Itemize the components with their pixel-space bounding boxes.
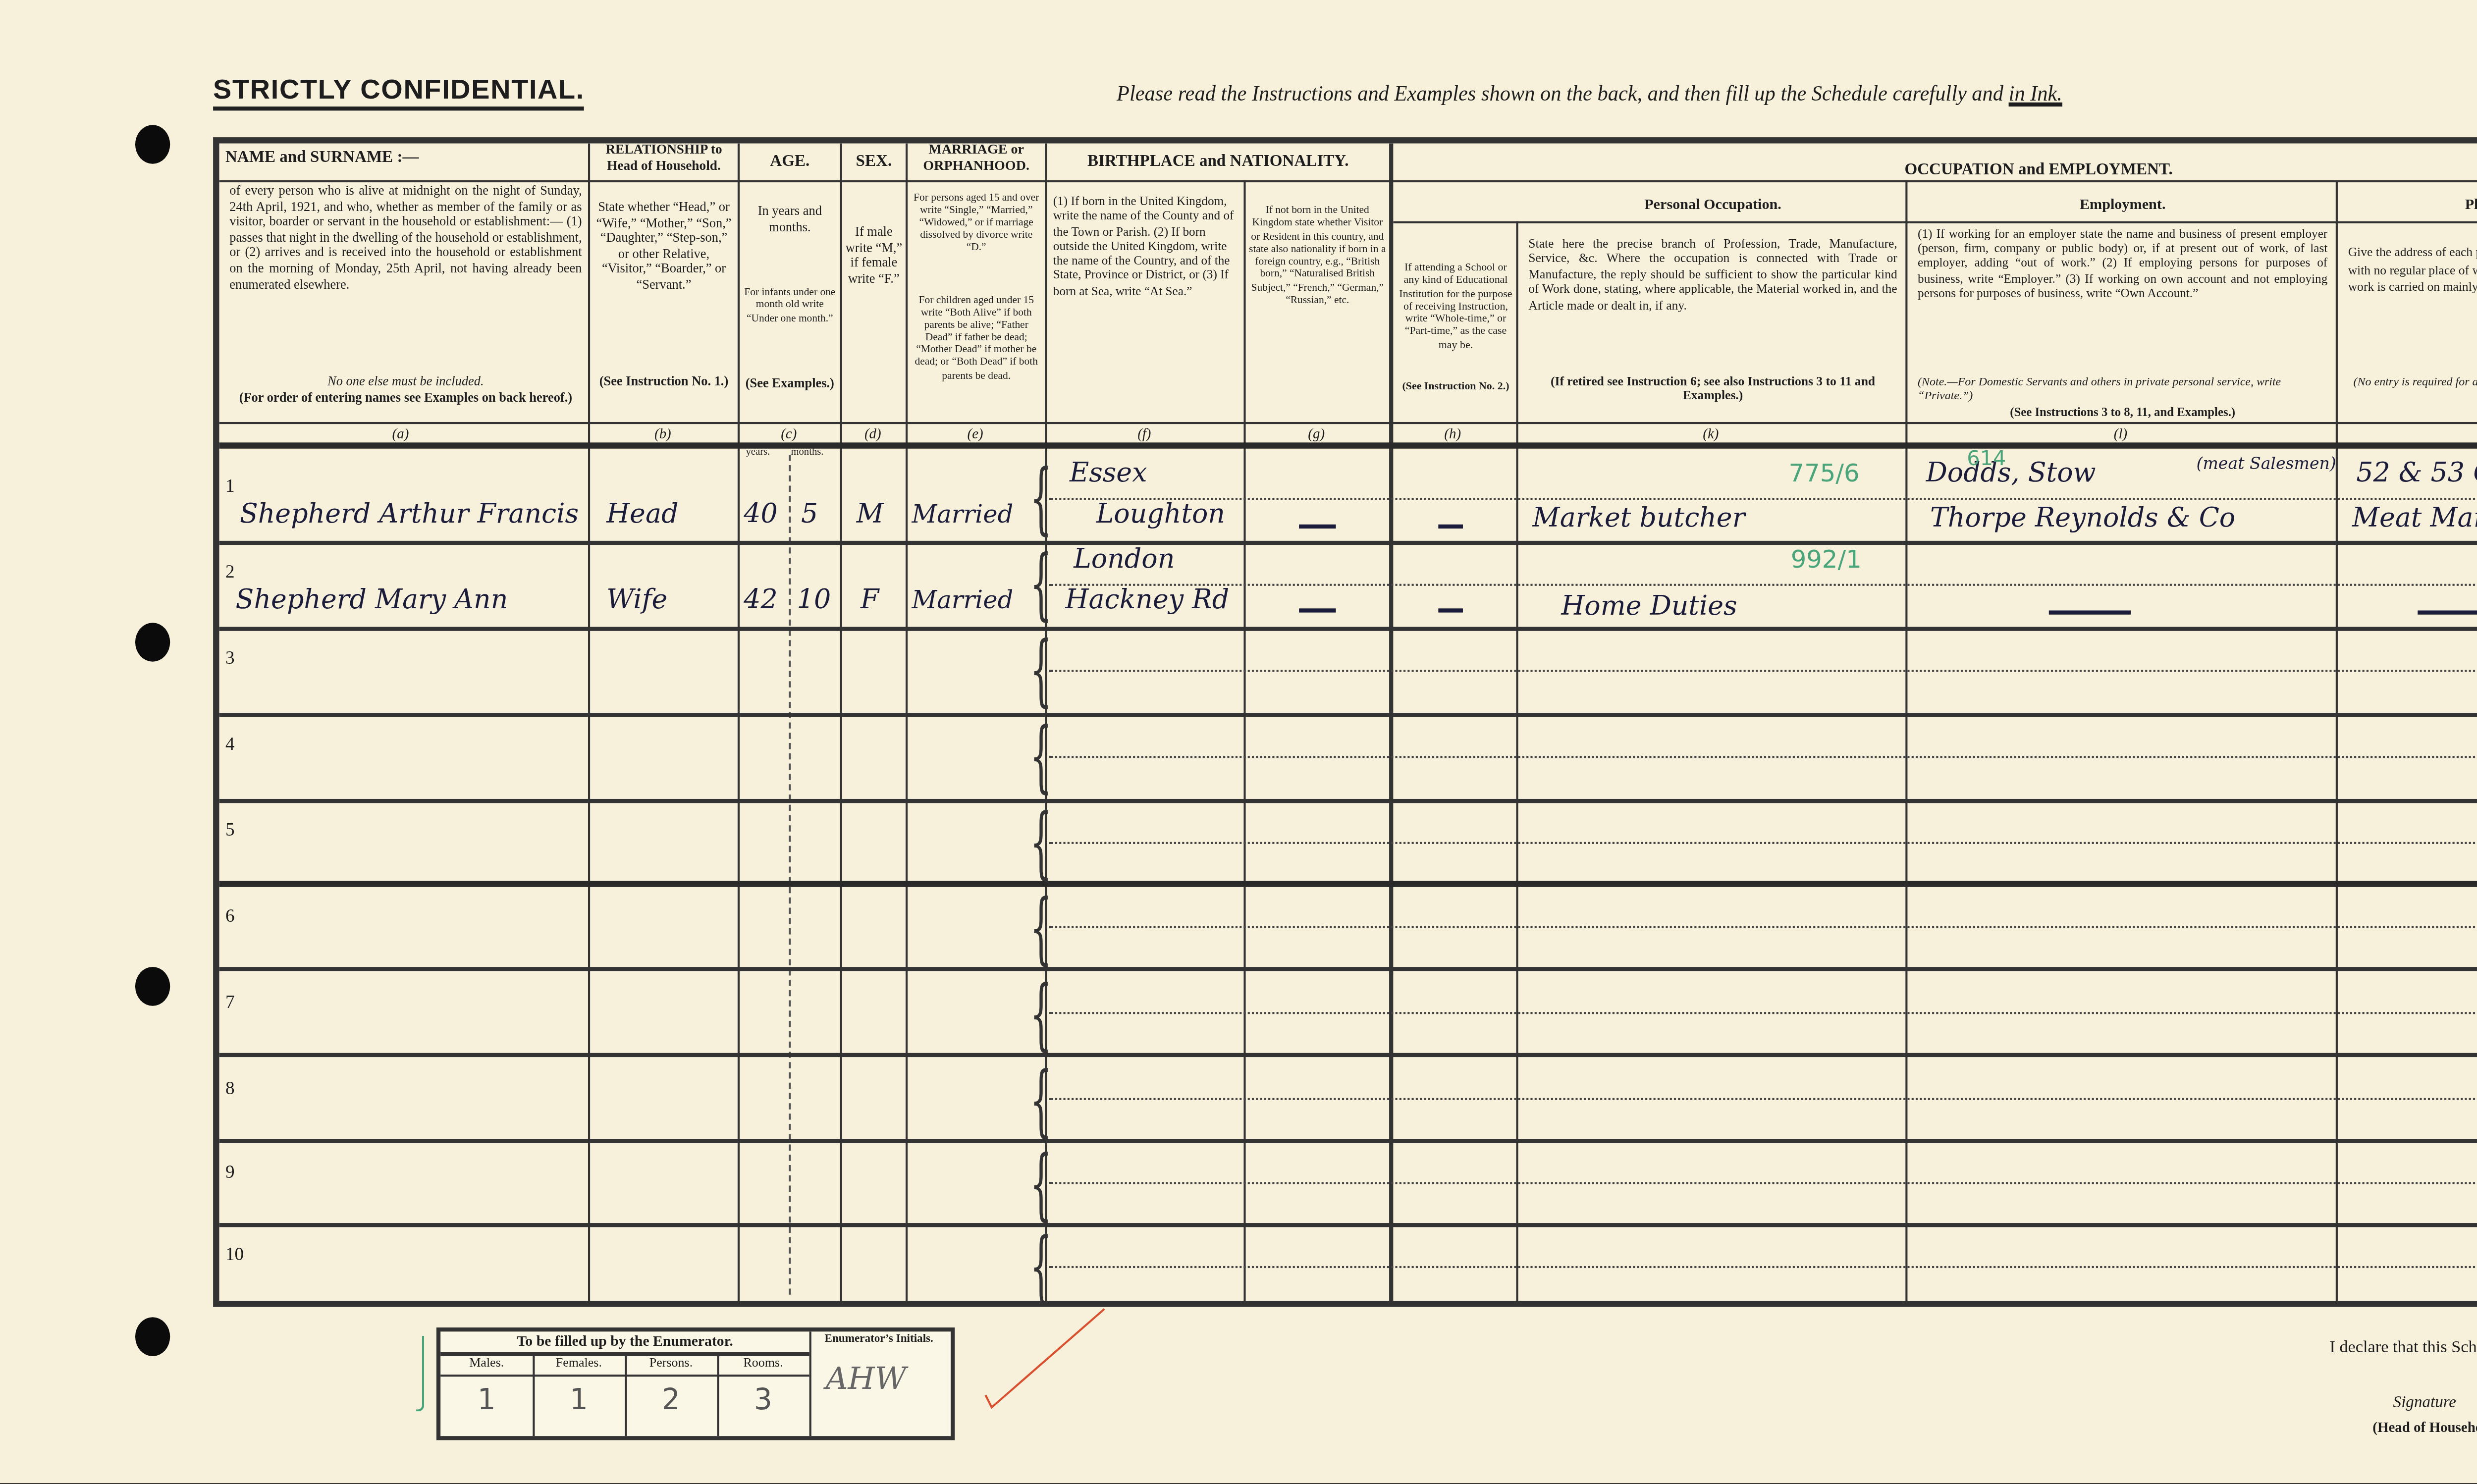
punch-hole	[135, 1317, 170, 1356]
col-m-title: Place of Work.	[2340, 195, 2477, 213]
punch-hole	[135, 967, 170, 1006]
workplace-cell: 52 & 53 Central	[2356, 459, 2477, 489]
occupation-cell: Home Duties	[1561, 592, 1737, 623]
col-d-title: SEX.	[842, 152, 906, 170]
col-c-title: AGE.	[740, 152, 840, 170]
col-fg-title: BIRTHPLACE and NATIONALITY.	[1047, 152, 1389, 170]
col-b-title: RELATIONSHIP to Head of Household.	[590, 144, 738, 176]
name-cell: Shepherd Mary Ann	[236, 586, 508, 617]
census-schedule-page: STRICTLY CONFIDENTIAL. Please read the I…	[0, 0, 2477, 1483]
page-title: STRICTLY CONFIDENTIAL.	[213, 74, 585, 110]
enumerator-initials: AHW	[826, 1360, 907, 1397]
punch-hole	[135, 125, 170, 164]
rooms-count: 3	[717, 1385, 809, 1418]
col-occupation-title: OCCUPATION and EMPLOYMENT.	[1393, 160, 2477, 178]
name-cell: Shepherd Arthur Francis	[240, 500, 579, 530]
enumerator-summary-box: To be filled up by the Enumerator. Enume…	[436, 1327, 955, 1440]
punch-hole	[135, 623, 170, 662]
col-a-body: of every person who is alive at midnight…	[229, 184, 582, 293]
occupation-cell: Market butcher	[1533, 504, 1745, 534]
col-a-title: NAME and SURNAME :—	[225, 148, 574, 166]
col-k-title: Personal Occupation.	[1520, 195, 1906, 213]
relationship-cell: Head	[606, 500, 678, 530]
females-count: 1	[533, 1385, 625, 1418]
signature-label: Signature	[2393, 1393, 2456, 1411]
household-table	[213, 137, 2477, 1307]
males-count: 1	[440, 1385, 533, 1418]
relationship-cell: Wife	[606, 586, 667, 617]
signature-caption: (Head of Household, Manager of Establish…	[2372, 1420, 2477, 1436]
persons-count: 2	[625, 1385, 717, 1418]
col-l-title: Employment.	[1910, 195, 2336, 213]
col-e-title: MARRIAGE or ORPHANHOOD.	[908, 144, 1045, 176]
declaration-text: I declare that this Schedule is correctl…	[2329, 1338, 2477, 1356]
fill-instructions: Please read the Instructions and Example…	[1117, 82, 2062, 106]
